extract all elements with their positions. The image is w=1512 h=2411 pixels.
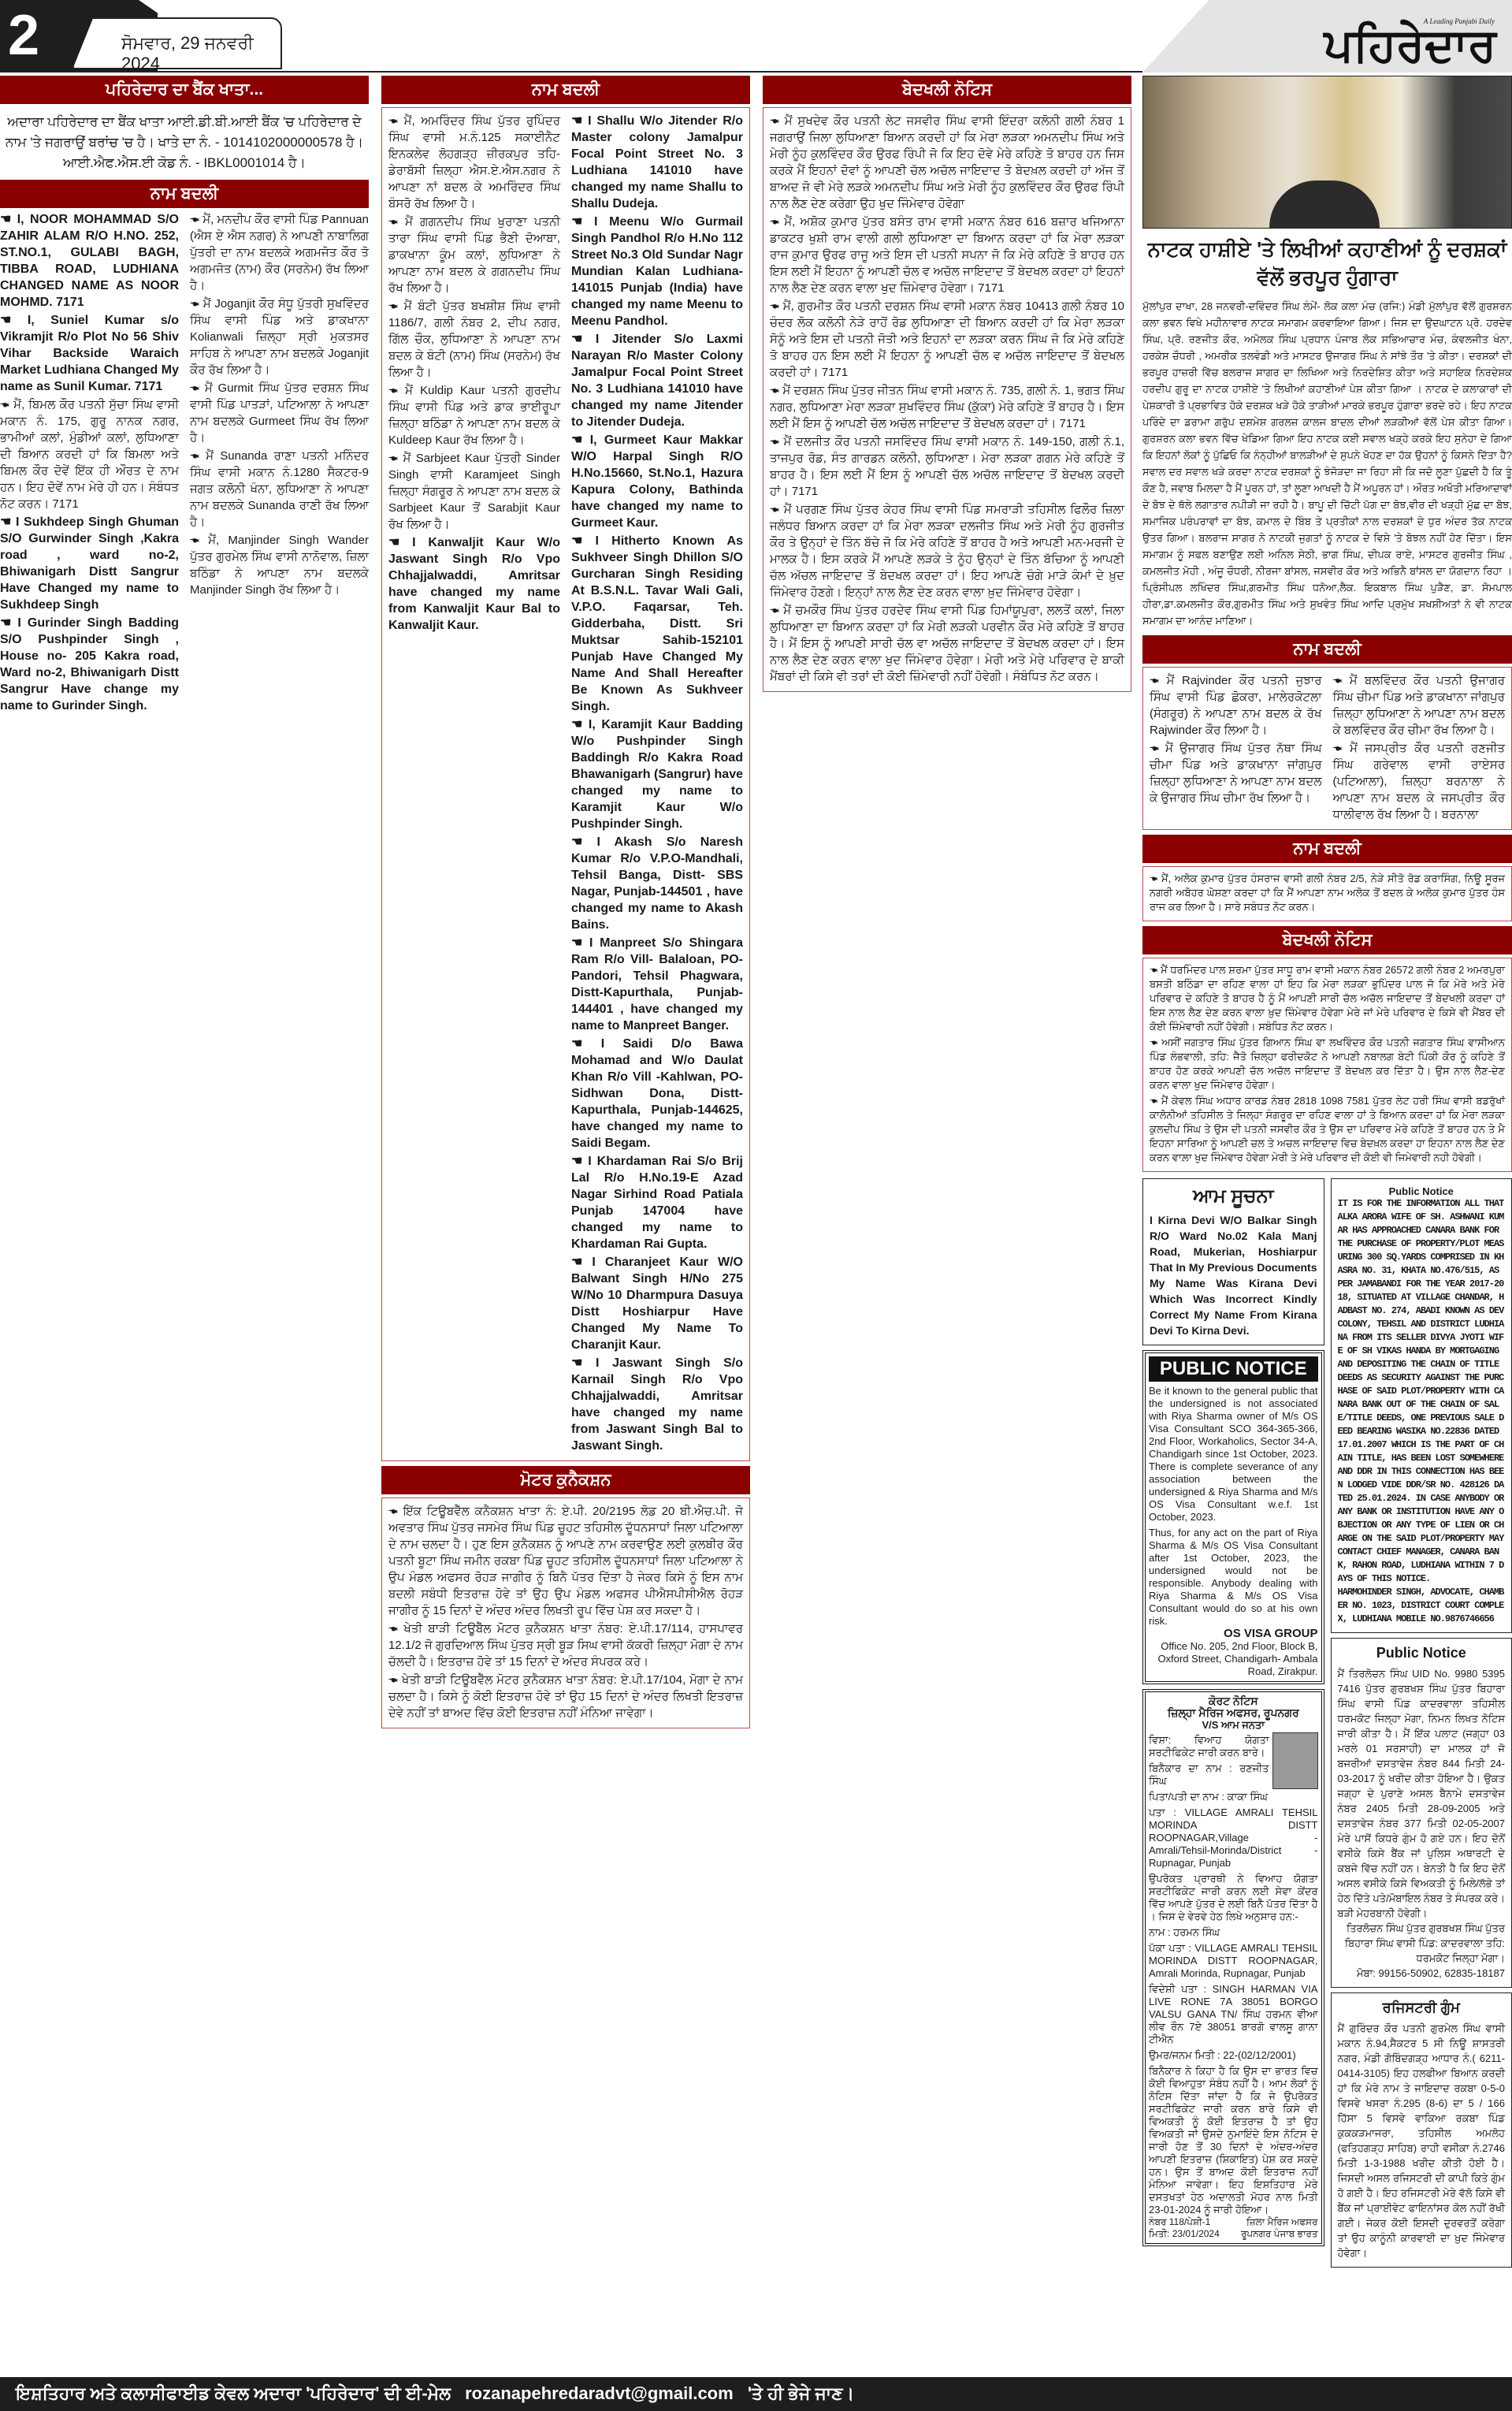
ad-signature: HARMOHINDER SINGH, ADVOCATE, CHAMBER NO.… — [1338, 1586, 1506, 1626]
notice-item: ਮੈਂ ਬੰਟੀ ਪੁੱਤਰ ਬਖਸ਼ੀਸ਼ ਸਿੰਘ ਵਾਸੀ 1186/7,… — [388, 298, 560, 381]
court-subtitle: ਜ਼ਿਲ੍ਹਾ ਮੈਰਿਜ ਅਫਸਰ, ਰੂਪਨਗਰ — [1149, 1707, 1318, 1719]
ad-body: ਮੈਂ ਗੁਰਿੰਦਰ ਕੌਰ ਪਤਨੀ ਗੁਰਮੇਲ ਸਿੰਘ ਵਾਸੀ ਮਕ… — [1338, 2021, 1506, 2260]
court-officer: ਜ਼ਿਲਾ ਮੈਰਿਜ ਅਫਸਰ — [1241, 2216, 1318, 2228]
court-name: ਨਾਮ : ਹਰਮਨ ਸਿੰਘ — [1149, 1926, 1318, 1939]
name-change-box: ਮੈਂ, ਅਲੋਕ ਕੁਮਾਰ ਪੁੱਤਰ ਹੰਸਰਾਜ ਵਾਸੀ ਗਲੀ ਨੰ… — [1142, 866, 1512, 921]
general-notice-ad: ਆਮ ਸੂਚਨਾ I Kirna Devi W/O Balkar Singh R… — [1142, 1178, 1324, 1345]
notice-item: I Shallu W/o Jitender R/o Master colony … — [571, 113, 743, 212]
canara-public-notice: Public Notice IT IS FOR THE INFORMATION … — [1331, 1178, 1512, 1633]
eviction-notice-header: ਬੇਦਖਲੀ ਨੋਟਿਸ — [1142, 926, 1512, 954]
ad-body: Thus, for any act on the part of Riya Sh… — [1149, 1527, 1318, 1628]
name-change-left: ਮੈਂ Rajvinder ਕੌਰ ਪਤਨੀ ਜੁਝਾਰ ਸਿੰਘ ਵਾਸੀ ਪ… — [1150, 672, 1322, 824]
court-body: ਉਪਰੋਕਤ ਪ੍ਰਾਰਥੀ ਨੇ ਵਿਆਹ ਯੋਗਤਾ ਸਰਟੀਫਿਕੇਟ ਜ… — [1149, 1873, 1318, 1923]
notice-item: ਮੈਂ Sunanda ਰਾਣਾ ਪਤਨੀ ਮਨਿੰਦਰ ਸਿੰਘ ਵਾਸੀ ਮ… — [190, 448, 369, 530]
name-change-left: I, NOOR MOHAMMAD S/O ZAHIR ALAM R/O H.NO… — [0, 211, 179, 716]
court-footer: ਨੰਬਰ 118/ਪੇਸ਼ੀ-1ਮਿਤੀ: 23/01/2024 ਜ਼ਿਲਾ ਮ… — [1149, 2216, 1318, 2240]
ad-body: I Kirna Devi W/O Balkar Singh R/O Ward N… — [1150, 1212, 1317, 1338]
court-age: ਉਮਰ/ਜਨਮ ਮਿਤੀ : 22-(02/12/2001) — [1149, 2049, 1318, 2062]
notice-item: ਮੈਂ ਦਰਸ਼ਨ ਸਿੰਘ ਪੁੱਤਰ ਜੀਤਨ ਸਿੰਘ ਵਾਸੀ ਮਕਾਨ… — [770, 382, 1124, 432]
notice-item: ਮੈਂ, ਅਸ਼ੋਕ ਕੁਮਾਰ ਪੁੱਤਰ ਬਸੰਤ ਰਾਮ ਵਾਸੀ ਮਕਾ… — [770, 214, 1124, 296]
footer-text: ਇਸ਼ਤਿਹਾਰ ਅਤੇ ਕਲਾਸੀਫਾਈਡ ਕੇਵਲ ਅਦਾਰਾ 'ਪਹਿਰੇ… — [16, 2383, 451, 2403]
notice-item: ਮੈਂ ਗਗਨਦੀਪ ਸਿੰਘ ਖੁਰਾਣਾ ਪਤਨੀ ਤਾਰਾ ਸਿੰਘ ਵਾ… — [388, 214, 560, 296]
classified-right: Public Notice IT IS FOR THE INFORMATION … — [1331, 1178, 1512, 2268]
classified-ads: ਆਮ ਸੂਚਨਾ I Kirna Devi W/O Balkar Singh R… — [1142, 1178, 1512, 2268]
notice-item: ਮੈਂ Joganjit ਕੌਰ ਸੰਧੂ ਪੁੱਤਰੀ ਸੁਖਵਿੰਦਰ ਸਿ… — [190, 296, 369, 378]
court-address: ਪਤਾ : VILLAGE AMRALI TEHSIL MORINDA DIST… — [1149, 1806, 1318, 1870]
registry-lost-ad: ਰਜਿਸਟਰੀ ਗੁੰਮ ਮੈਂ ਗੁਰਿੰਦਰ ਕੌਰ ਪਤਨੀ ਗੁਰਮੇਲ… — [1331, 1992, 1512, 2268]
name-change-header: ਨਾਮ ਬਦਲੀ — [0, 180, 369, 208]
newspaper-logo: A Leading Punjabi Daily ਪਹਿਰੇਦਾਰ — [1142, 0, 1512, 73]
notice-item: ਮੈਂ, Manjinder Singh Wander ਪੁੱਤਰ ਗੁਰਮੇਲ… — [190, 532, 369, 598]
notice-item: I Khardaman Rai S/o Brij Lal R/o H.No.19… — [571, 1153, 743, 1252]
bank-account-text: ਅਦਾਰਾ ਪਹਿਰੇਦਾਰ ਦਾ ਬੈਂਕ ਖਾਤਾ ਆਈ.ਡੀ.ਬੀ.ਆਈ … — [0, 107, 369, 180]
notice-item: I, Gurmeet Kaur Makkar W/O Harpal Singh … — [571, 432, 743, 531]
notice-item: ਅਸੀਂ ਜਗਤਾਰ ਸਿੰਘ ਪੁੱਤਰ ਗਿਆਨ ਸਿੰਘ ਵਾ ਲਖਵਿੰ… — [1150, 1036, 1505, 1092]
ad-title: Public Notice — [1338, 1645, 1506, 1661]
notice-item: ਮੈਂ ਕੇਵਲ ਸਿੰਘ ਅਧਾਰ ਕਾਰਡ ਨੰਬਰ 2818 1098 7… — [1150, 1094, 1505, 1165]
notice-item: ਮੈਂ ਦਲਜੀਤ ਕੌਰ ਪਤਨੀ ਜਸਵਿੰਦਰ ਸਿੰਘ ਵਾਸੀ ਮਕਾ… — [770, 433, 1124, 500]
bank-account-header: ਪਹਿਰੇਦਾਰ ਦਾ ਬੈਂਕ ਖਾਤਾ... — [0, 76, 369, 104]
court-ref-block: ਨੰਬਰ 118/ਪੇਸ਼ੀ-1ਮਿਤੀ: 23/01/2024 — [1149, 2216, 1220, 2240]
applicant-photo — [1272, 1732, 1318, 1789]
notice-item: ਮੈਂ ਚਮਕੌਰ ਸਿੰਘ ਪੁੱਤਰ ਹਰਦੇਵ ਸਿੰਘ ਵਾਸੀ ਪਿੰ… — [770, 602, 1124, 685]
notice-item: I Saidi D/o Bawa Mohamad and W/o Daulat … — [571, 1036, 743, 1152]
lost-deed-public-notice: Public Notice ਮੈਂ ਤਿਰਲੋਚਨ ਸਿੰਘ UID No. 9… — [1331, 1638, 1512, 1988]
notice-item: ਮੈਂ ਉਜਾਗਰ ਸਿੰਘ ਪੁੱਤਰ ਨੱਥਾ ਸਿੰਘ ਚੀਮਾ ਪਿੰਡ… — [1150, 740, 1322, 806]
notice-item: ਮੈਂ Kuldip Kaur ਪਤਨੀ ਗੁਰਦੀਪ ਸਿੰਘ ਵਾਸੀ ਪਿ… — [388, 382, 560, 448]
notice-item: I Jaswant Singh S/o Karnail Singh R/o Vp… — [571, 1355, 743, 1454]
court-ref: ਨੰਬਰ 118/ਪੇਸ਼ੀ-1 — [1149, 2216, 1220, 2228]
court-father: ਪਿਤਾ/ਪਤੀ ਦਾ ਨਾਮ : ਕਾਕਾ ਸਿੰਘ — [1149, 1791, 1318, 1803]
notice-item: ਖੇਤੀ ਬਾੜੀ ਟਿਊਬੈੱਲ ਮੋਟਰ ਕੁਨੈਕਸ਼ਨ ਖਾਤਾ ਨੰਬ… — [388, 1620, 743, 1670]
court-body: ਬਿਨੈਕਾਰ ਨੇ ਕਿਹਾ ਹੈ ਕਿ ਉਸ ਦਾ ਭਾਰਤ ਵਿਚ ਕੋਈ… — [1149, 2065, 1318, 2216]
name-change-header: ਨਾਮ ਬਦਲੀ — [1142, 835, 1512, 863]
notice-item: I Manpreet S/o Shingara Ram R/o Vill- Ba… — [571, 935, 743, 1034]
ad-title: ਰਜਿਸਟਰੀ ਗੁੰਮ — [1338, 2000, 1506, 2016]
os-visa-public-notice: PUBLIC NOTICE Be it known to the general… — [1142, 1350, 1324, 1684]
name-change-left: ਮੈਂ, ਅਮਰਿੰਦਰ ਸਿੰਘ ਪੁੱਤਰ ਰੁਪਿੰਦਰ ਸਿੰਘ ਵਾਸ… — [388, 113, 560, 1456]
notice-item: ਖੇਤੀ ਬਾੜੀ ਟਿਊਬਵੈੱਲ ਮੋਟਰ ਕੁਨੈਕਸ਼ਨ ਖਾਤਾ ਨੰ… — [388, 1672, 743, 1721]
ad-title: ਆਮ ਸੂਚਨਾ — [1150, 1185, 1317, 1207]
notice-item: ਇੱਕ ਟਿਊਬਵੈੱਲ ਕਨੈਕਸ਼ਨ ਖਾਤਾ ਨੰ: ਏ.ਪੀ. 20/2… — [388, 1503, 743, 1619]
notice-item: I Kanwaljit Kaur W/o Jaswant Singh R/o V… — [388, 534, 560, 634]
notice-item: ਮੈਂ Rajvinder ਕੌਰ ਪਤਨੀ ਜੁਝਾਰ ਸਿੰਘ ਵਾਸੀ ਪ… — [1150, 672, 1322, 739]
notice-item: I Charanjeet Kaur W/O Balwant Singh H/No… — [571, 1254, 743, 1353]
ad-title: PUBLIC NOTICE — [1149, 1356, 1318, 1382]
column-2: ਨਾਮ ਬਦਲੀ ਮੈਂ, ਅਮਰਿੰਦਰ ਸਿੰਘ ਪੁੱਤਰ ਰੁਪਿੰਦਰ… — [381, 76, 750, 1728]
notice-item: I, Suniel Kumar s/o Vikramjit R/o Plot N… — [0, 312, 179, 395]
court-versus: V/S ਆਮ ਜਨਤਾ — [1149, 1719, 1318, 1731]
notice-item: I Sukhdeep Singh Ghuman S/O Gurwinder Si… — [0, 514, 179, 613]
date-tab: ਸੋਮਵਾਰ, 29 ਜਨਵਰੀ 2024 — [72, 17, 282, 69]
ad-title: Public Notice — [1338, 1185, 1506, 1197]
notice-item: I Meenu W/o Gurmail Singh Pandhol R/o H.… — [571, 214, 743, 329]
ad-signature: ਤਿਰਲੋਚਨ ਸਿੰਘ ਪੁੱਤਰ ਗੁਰਬਖਸ਼ ਸਿੰਘ ਪੁੱਤਰ ਬਿ… — [1338, 1921, 1506, 1966]
name-change-box: ਮੈਂ, ਅਮਰਿੰਦਰ ਸਿੰਘ ਪੁੱਤਰ ਰੁਪਿੰਦਰ ਸਿੰਘ ਵਾਸ… — [381, 107, 750, 1461]
logo-name: ਪਹਿਰੇਦਾਰ — [1324, 19, 1496, 73]
court-perm-address: ਪੱਕਾ ਪਤਾ : VILLAGE AMRALI TEHSIL MORINDA… — [1149, 1942, 1318, 1980]
notice-item: I, Karamjit Kaur Badding W/o Pushpinder … — [571, 716, 743, 832]
name-change-header: ਨਾਮ ਬਦਲੀ — [1142, 635, 1512, 664]
ad-phone: ਮੋਬਾ: 99156-50902, 62835-18187 — [1338, 1966, 1506, 1981]
notice-item: I Jitender S/o Laxmi Narayan R/o Master … — [571, 331, 743, 430]
notice-item: ਮੈਂ, ਅਮਰਿੰਦਰ ਸਿੰਘ ਪੁੱਤਰ ਰੁਪਿੰਦਰ ਸਿੰਘ ਵਾਸ… — [388, 113, 560, 212]
news-photo-theatre — [1142, 76, 1512, 229]
notice-item: ਮੈਂ, ਬਿਮਲ ਕੌਰ ਪਤਨੀ ਸੁੱਚਾ ਸਿੰਘ ਵਾਸੀ ਮਕਾਨ … — [0, 396, 179, 512]
notice-item: I Hitherto Known As Sukhveer Singh Dhill… — [571, 533, 743, 715]
court-foreign-address: ਵਿਦੇਸ਼ੀ ਪਤਾ : SINGH HARMAN VIA LIVE RONE… — [1149, 1983, 1318, 2046]
ad-body: ਮੈਂ ਤਿਰਲੋਚਨ ਸਿੰਘ UID No. 9980 5395 7416 … — [1338, 1666, 1506, 1921]
ad-body: IT IS FOR THE INFORMATION ALL THAT ALKA … — [1338, 1197, 1506, 1586]
notice-item: I Gurinder Singh Badding S/O Pushpinder … — [0, 615, 179, 714]
ad-signature: OS VISA GROUP — [1149, 1628, 1318, 1640]
column-4: ਨਾਟਕ ਹਾਸ਼ੀਏ 'ਤੇ ਲਿਖੀਆਂ ਕਹਾਣੀਆਂ ਨੂੰ ਦਰਸ਼ਕ… — [1142, 76, 1512, 2268]
notice-item: I Akash S/o Naresh Kumar R/o V.P.O-Mandh… — [571, 834, 743, 933]
page-number: 2 — [8, 3, 38, 68]
ad-address: Office No. 205, 2nd Floor, Block B, Oxfo… — [1149, 1640, 1318, 1678]
news-headline: ਨਾਟਕ ਹਾਸ਼ੀਏ 'ਤੇ ਲਿਖੀਆਂ ਕਹਾਣੀਆਂ ਨੂੰ ਦਰਸ਼ਕ… — [1142, 235, 1512, 292]
notice-item: ਮੈਂ ਧਰਮਿੰਦਰ ਪਾਲ ਸ਼ਰਮਾ ਪੁੱਤਰ ਸਾਧੂ ਰਾਮ ਵਾਸ… — [1150, 963, 1505, 1034]
notice-item: ਮੈਂ ਸੁਖਦੇਵ ਕੌਰ ਪਤਨੀ ਲੇਟ ਜਸਵੀਰ ਸਿੰਘ ਵਾਸੀ … — [770, 113, 1124, 212]
notice-item: ਮੈਂ, ਮਨਦੀਪ ਕੌਰ ਵਾਸੀ ਪਿੰਡ Pannuan (ਐਸ ਏ ਐ… — [190, 211, 369, 294]
news-story: ਮੁੱਲਾਂਪੁਰ ਦਾਖਾ, 28 ਜਨਵਰੀ-ਦਵਿੰਦਰ ਸਿੰਘ ਲੰਮ… — [1142, 298, 1512, 629]
name-change-header: ਨਾਮ ਬਦਲੀ — [381, 76, 750, 104]
notice-item: ਮੈਂ ਪਰਗਣ ਸਿੰਘ ਪੁੱਤਰ ਕੇਹਰ ਸਿੰਘ ਵਾਸੀ ਪਿੰਡ … — [770, 501, 1124, 601]
footer-suffix: 'ਤੇ ਹੀ ਭੇਜੇ ਜਾਣ। — [748, 2383, 854, 2403]
column-1: ਪਹਿਰੇਦਾਰ ਦਾ ਬੈਂਕ ਖਾਤਾ... ਅਦਾਰਾ ਪਹਿਰੇਦਾਰ … — [0, 76, 369, 716]
notice-item: ਮੈਂ ਜਸਪ੍ਰੀਤ ਕੌਰ ਪਤਨੀ ਰਣਜੀਤ ਸਿੰਘ ਗਰੇਵਾਲ ਵ… — [1333, 740, 1506, 823]
name-change-right: ਮੈਂ ਬਲਵਿੰਦਰ ਕੌਰ ਪਤਨੀ ਉਜਾਗਰ ਸਿੰਘ ਚੀਮਾ ਪਿੰ… — [1333, 672, 1506, 824]
notice-item: ਮੈਂ Sarbjeet Kaur ਪੁੱਤਰੀ Sinder Singh ਵਾ… — [388, 450, 560, 533]
advertising-footer: ਇਸ਼ਤਿਹਾਰ ਅਤੇ ਕਲਾਸੀਫਾਈਡ ਕੇਵਲ ਅਦਾਰਾ 'ਪਹਿਰੇ… — [0, 2377, 1512, 2411]
ad-body: Be it known to the general public that t… — [1149, 1385, 1318, 1524]
footer-email[interactable]: rozanapehredaradvt@gmail.com — [465, 2383, 734, 2403]
eviction-notice-header: ਬੇਦਖਲੀ ਨੋਟਿਸ — [763, 76, 1131, 104]
notice-item: ਮੈਂ Gurmit ਸਿੰਘ ਪੁੱਤਰ ਦਰਸ਼ਨ ਸਿੰਘ ਵਾਸੀ ਪਿ… — [190, 380, 369, 446]
notice-item: ਮੈਂ, ਅਲੋਕ ਕੁਮਾਰ ਪੁੱਤਰ ਹੰਸਰਾਜ ਵਾਸੀ ਗਲੀ ਨੰ… — [1150, 872, 1505, 914]
eviction-notice-box: ਮੈਂ ਸੁਖਦੇਵ ਕੌਰ ਪਤਨੀ ਲੇਟ ਜਸਵੀਰ ਸਿੰਘ ਵਾਸੀ … — [763, 107, 1131, 692]
court-notice-ad: ਕੋਰਟ ਨੋਟਿਸ ਜ਼ਿਲ੍ਹਾ ਮੈਰਿਜ ਅਫਸਰ, ਰੂਪਨਗਰ V/… — [1142, 1689, 1324, 2246]
notice-item: I, NOOR MOHAMMAD S/O ZAHIR ALAM R/O H.NO… — [0, 211, 179, 311]
court-officer-block: ਜ਼ਿਲਾ ਮੈਰਿਜ ਅਫਸਰਰੂਪਨਗਰ ਪੰਜਾਬ ਭਾਰਤ — [1241, 2216, 1318, 2240]
court-title: ਕੋਰਟ ਨੋਟਿਸ — [1149, 1695, 1318, 1707]
eviction-notice-box: ਮੈਂ ਧਰਮਿੰਦਰ ਪਾਲ ਸ਼ਰਮਾ ਪੁੱਤਰ ਸਾਧੂ ਰਾਮ ਵਾਸ… — [1142, 958, 1512, 1172]
motor-connection-header: ਮੋਟਰ ਕੁਨੈਕਸ਼ਨ — [381, 1466, 750, 1494]
court-date: ਮਿਤੀ: 23/01/2024 — [1149, 2228, 1220, 2240]
name-change-right: ਮੈਂ, ਮਨਦੀਪ ਕੌਰ ਵਾਸੀ ਪਿੰਡ Pannuan (ਐਸ ਏ ਐ… — [190, 211, 369, 716]
issue-date: ਸੋਮਵਾਰ, 29 ਜਨਵਰੀ 2024 — [121, 33, 280, 74]
column-3: ਬੇਦਖਲੀ ਨੋਟਿਸ ਮੈਂ ਸੁਖਦੇਵ ਕੌਰ ਪਤਨੀ ਲੇਟ ਜਸਵ… — [763, 76, 1131, 692]
notice-item: ਮੈਂ, ਗੁਰਮੀਤ ਕੌਰ ਪਤਨੀ ਦਰਸ਼ਨ ਸਿੰਘ ਵਾਸੀ ਮਕਾ… — [770, 298, 1124, 381]
notice-item: ਮੈਂ ਬਲਵਿੰਦਰ ਕੌਰ ਪਤਨੀ ਉਜਾਗਰ ਸਿੰਘ ਚੀਮਾ ਪਿੰ… — [1333, 672, 1506, 739]
court-officer-location: ਰੂਪਨਗਰ ਪੰਜਾਬ ਭਾਰਤ — [1241, 2228, 1318, 2240]
motor-connection-box: ਇੱਕ ਟਿਊਬਵੈੱਲ ਕਨੈਕਸ਼ਨ ਖਾਤਾ ਨੰ: ਏ.ਪੀ. 20/2… — [381, 1498, 750, 1728]
classified-left: ਆਮ ਸੂਚਨਾ I Kirna Devi W/O Balkar Singh R… — [1142, 1178, 1324, 2268]
name-change-list: I, NOOR MOHAMMAD S/O ZAHIR ALAM R/O H.NO… — [0, 211, 369, 716]
name-change-right: I Shallu W/o Jitender R/o Master colony … — [571, 113, 743, 1456]
masthead-rule — [0, 71, 1142, 73]
masthead: 2 ਸੋਮਵਾਰ, 29 ਜਨਵਰੀ 2024 A Leading Punjab… — [0, 0, 1512, 73]
name-change-box: ਮੈਂ Rajvinder ਕੌਰ ਪਤਨੀ ਜੁਝਾਰ ਸਿੰਘ ਵਾਸੀ ਪ… — [1142, 667, 1512, 830]
